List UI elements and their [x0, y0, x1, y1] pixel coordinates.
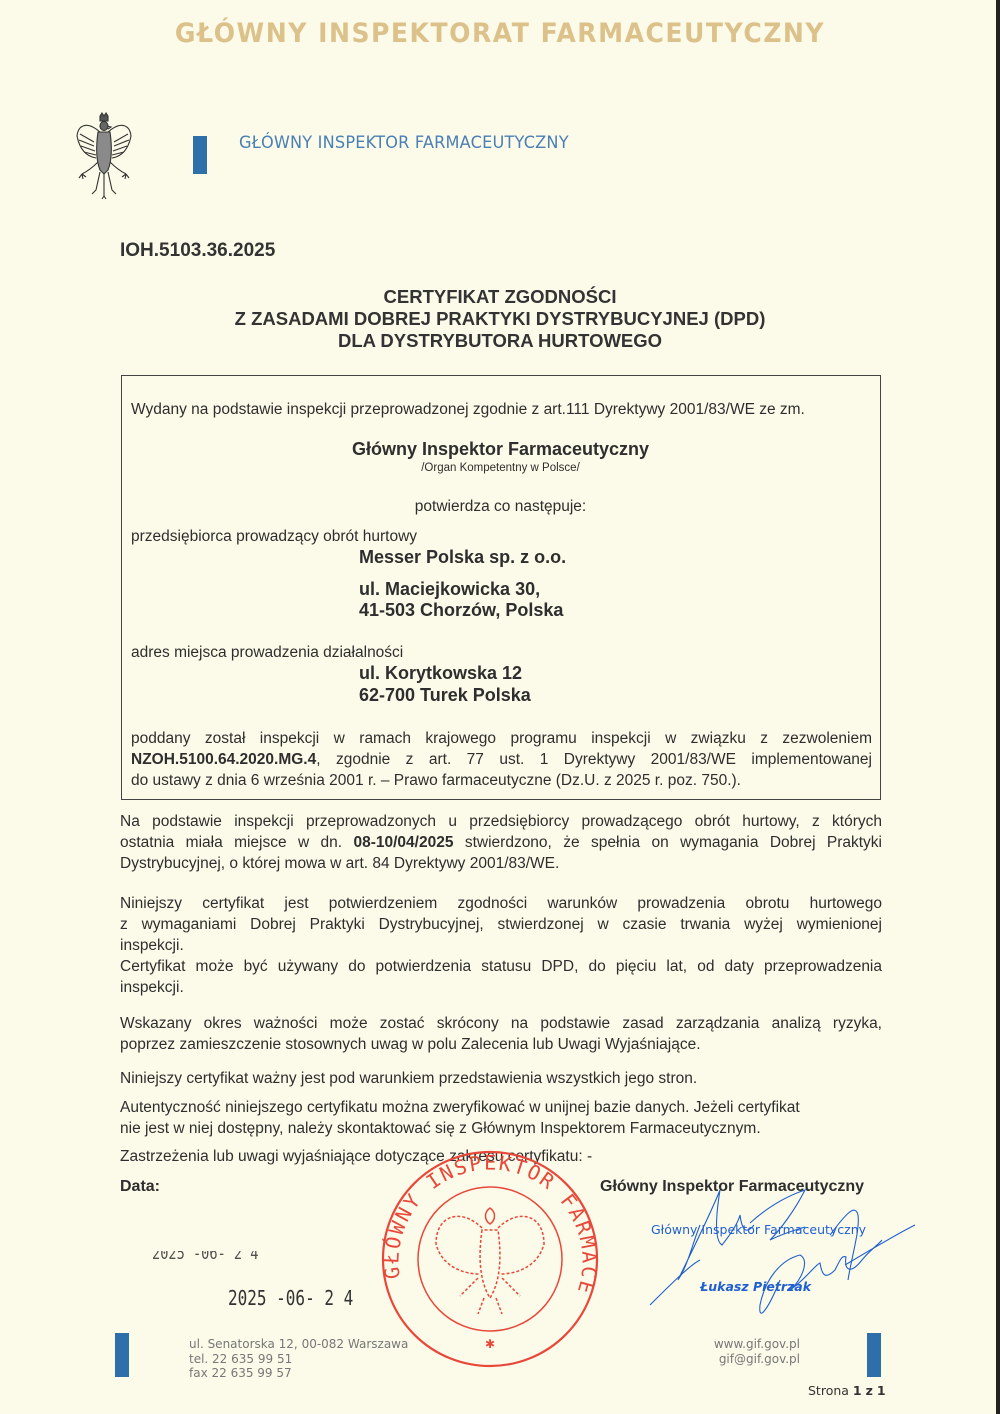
certificate-box: Wydany na podstawie inspekcji przeprowad… [121, 375, 881, 800]
inspection-line-2-text: , zgodnie z art. 77 ust. 1 Dyrektywy 200… [316, 751, 872, 768]
agency-name: GŁÓWNY INSPEKTOR FARMACEUTYCZNY [239, 133, 569, 153]
p4-line-2: poprzez zamieszczenie stosownych uwag w … [120, 1034, 882, 1055]
page-number: Strona 1 z 1 [808, 1383, 886, 1398]
inspection-line-1: poddany został inspekcji w ramach krajow… [131, 728, 872, 749]
site-address-line-1: ul. Korytkowska 12 [359, 663, 522, 684]
footer-web: www.gif.gov.pl gif@gif.gov.pl [690, 1337, 800, 1366]
p6-line-1: Autentyczność niniejszego certyfikatu mo… [120, 1097, 882, 1118]
handwritten-signature-icon [630, 1185, 920, 1325]
page-edge [996, 0, 1000, 1414]
p3-line-1: Certyfikat może być używany do potwierdz… [120, 956, 882, 977]
page-current: 1 [853, 1383, 862, 1398]
paragraph-conformity: Niniejszy certyfikat jest potwierdzeniem… [120, 893, 882, 998]
p1-line-2-pre: ostatnia miała miejsce w dn. [120, 834, 353, 851]
wholesaler-address-line-1: ul. Maciejkowicka 30, [359, 579, 540, 600]
page-separator: z [866, 1383, 873, 1398]
svg-text:GŁÓWNY INSPEKTOR FARMACEUTYCZN: GŁÓWNY INSPEKTOR FARMACEUTYCZNY [370, 1148, 602, 1298]
footer-brand-bar-left [115, 1333, 129, 1377]
polish-eagle-icon [76, 112, 132, 200]
page-label: Strona [808, 1383, 849, 1398]
p2-line-2: z wymaganiami Dobrej Praktyki Dystrybucy… [120, 914, 882, 935]
confirms-text: potwierdza co następuje: [122, 496, 879, 517]
date-label: Data: [120, 1176, 160, 1197]
site-label: adres miejsca prowadzenia działalności [131, 642, 403, 663]
reference-number: IOH.5103.36.2025 [120, 240, 275, 262]
footer-website[interactable]: www.gif.gov.pl [690, 1337, 800, 1352]
title-line-3: DLA DYSTRYBUTORA HURTOWEGO [0, 330, 1000, 352]
page-total: 1 [877, 1383, 886, 1398]
p1-line-2: ostatnia miała miejsce w dn. 08-10/04/20… [120, 832, 882, 853]
site-address-line-2: 62-700 Turek Polska [359, 685, 531, 706]
footer-brand-bar-right [867, 1333, 881, 1377]
paragraph-inspection-result: Na podstawie inspekcji przeprowadzonych … [120, 811, 882, 874]
permit-number: NZOH.5100.64.2020.MG.4 [131, 751, 316, 768]
authority-note: /Organ Kompetentny w Polsce/ [122, 461, 879, 475]
brand-bar [193, 136, 207, 174]
footer-email[interactable]: gif@gif.gov.pl [690, 1352, 800, 1367]
authority-name: Główny Inspektor Farmaceutyczny [122, 439, 879, 460]
wholesaler-label: przedsiębiorca prowadzący obrót hurtowy [131, 526, 417, 547]
inspection-dates: 08-10/04/2025 [353, 834, 453, 851]
footer-phone: tel. 22 635 99 51 [189, 1352, 408, 1367]
document-title: CERTYFIKAT ZGODNOŚCI Z ZASADAMI DOBREJ P… [0, 286, 1000, 352]
inspection-line-2: NZOH.5100.64.2020.MG.4, zgodnie z art. 7… [131, 749, 872, 770]
p1-line-2-post: stwierdzono, że spełnia on wymagania Dob… [453, 834, 882, 851]
p6-line-2: nie jest w niej dostępny, należy skontak… [120, 1118, 882, 1139]
title-line-1: CERTYFIKAT ZGODNOŚCI [0, 286, 1000, 308]
footer-fax: fax 22 635 99 57 [189, 1366, 408, 1381]
p3-line-2: inspekcji. [120, 977, 882, 998]
p2-line-1: Niniejszy certyfikat jest potwierdzeniem… [120, 893, 882, 914]
signature-block: Główny Inspektor Farmaceutyczny Łukasz P… [630, 1185, 920, 1325]
p1-line-1: Na podstawie inspekcji przeprowadzonych … [120, 811, 882, 832]
p2-line-3: inspekcji. [120, 935, 882, 956]
inspection-line-3: do ustawy z dnia 6 września 2001 r. – Pr… [131, 770, 872, 791]
footer-contact: ul. Senatorska 12, 00-082 Warszawa tel. … [189, 1337, 408, 1381]
p4-line-1: Wskazany okres ważności może zostać skró… [120, 1013, 882, 1034]
footer-address: ul. Senatorska 12, 00-082 Warszawa [189, 1337, 408, 1352]
paragraph-all-pages: Niniejszy certyfikat ważny jest pod waru… [120, 1068, 882, 1089]
issued-basis: Wydany na podstawie inspekcji przeprowad… [131, 399, 805, 420]
wholesaler-address-line-2: 41-503 Chorzów, Polska [359, 600, 563, 621]
wholesaler-name: Messer Polska sp. z o.o. [359, 547, 566, 568]
seal-text: GŁÓWNY INSPEKTOR FARMACEUTYCZNY [370, 1148, 602, 1298]
p1-line-3: Dystrybucyjnej, o której mowa w art. 84 … [120, 853, 882, 874]
paragraph-authenticity: Autentyczność niniejszego certyfikatu mo… [120, 1097, 882, 1139]
date-stamp-faint: 2025 -06- 2 4 [152, 1244, 258, 1264]
svg-text:✱: ✱ [485, 1337, 495, 1351]
date-stamp: 2025 -06- 2 4 [228, 1286, 353, 1310]
masthead-title: GŁÓWNY INSPEKTORAT FARMACEUTYCZNY [35, 18, 965, 49]
inspection-statement: poddany został inspekcji w ramach krajow… [131, 728, 872, 791]
title-line-2: Z ZASADAMI DOBREJ PRAKTYKI DYSTRYBUCYJNE… [0, 308, 1000, 330]
paragraph-validity: Wskazany okres ważności może zostać skró… [120, 1013, 882, 1055]
